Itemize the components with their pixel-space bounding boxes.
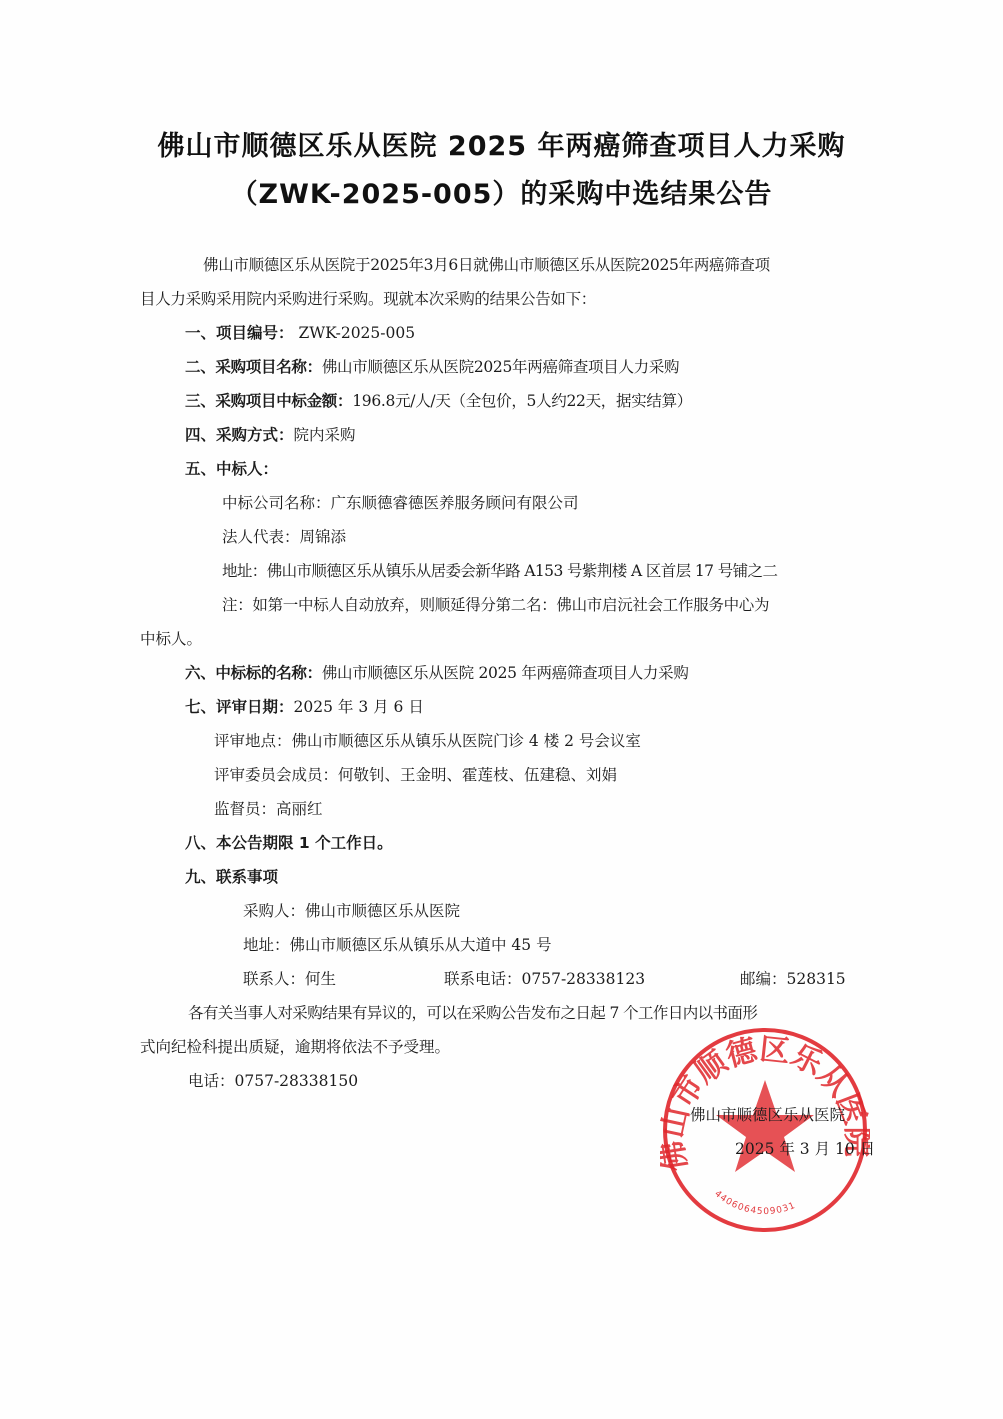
section-procurement-method: 四、采购方式：院内采购 xyxy=(185,425,356,445)
contact-address: 地址：佛山市顺德区乐从镇乐从大道中 45 号 xyxy=(243,935,552,955)
section-project-name: 二、采购项目名称：佛山市顺德区乐从医院2025年两癌筛查项目人力采购 xyxy=(185,357,679,377)
review-date-value: 2025 年 3 月 6 日 xyxy=(294,698,424,716)
subject-name-value: 佛山市顺德区乐从医院 2025 年两癌筛查项目人力采购 xyxy=(322,664,689,682)
document-title-line2: （ZWK-2025-005）的采购中选结果公告 xyxy=(0,172,1003,211)
section-head: 四、采购方式： xyxy=(185,426,294,444)
winner-note-line2: 中标人。 xyxy=(140,629,202,649)
objection-line2: 式向纪检科提出质疑，逾期将依法不予受理。 xyxy=(140,1037,450,1057)
intro-paragraph-line2: 目人力采购采用院内采购进行采购。现就本次采购的结果公告如下： xyxy=(140,289,596,309)
winner-company: 中标公司名称：广东顺德睿德医养服务顾问有限公司 xyxy=(222,493,579,513)
project-name-value: 佛山市顺德区乐从医院2025年两癌筛查项目人力采购 xyxy=(322,358,679,376)
contact-person: 联系人：何生 xyxy=(243,969,336,989)
document-page: 佛山市顺德区乐从医院 2025 年两癌筛查项目人力采购 （ZWK-2025-00… xyxy=(0,0,1003,1419)
seal-serial: 4406064509031 xyxy=(712,1189,797,1217)
section-head: 五、中标人： xyxy=(185,460,278,478)
section-subject-name: 六、中标标的名称：佛山市顺德区乐从医院 2025 年两癌筛查项目人力采购 xyxy=(185,663,689,683)
signature-date: 2025 年 3 月 10 日 xyxy=(735,1137,875,1159)
section-head: 七、评审日期： xyxy=(185,698,294,716)
section-project-number: 一、项目编号： ZWK-2025-005 xyxy=(185,323,415,343)
complaint-phone: 电话：0757-28338150 xyxy=(188,1071,358,1091)
review-committee: 评审委员会成员：何敬钊、王金明、霍莲枝、伍建稳、刘娟 xyxy=(214,765,617,785)
document-title-line1: 佛山市顺德区乐从医院 2025 年两癌筛查项目人力采购 xyxy=(0,124,1003,163)
section-head: 三、采购项目中标金额： xyxy=(185,392,352,410)
intro-paragraph-line1: 佛山市顺德区乐从医院于2025年3月6日就佛山市顺德区乐从医院2025年两癌筛查… xyxy=(203,255,770,275)
signature-org: 佛山市顺德区乐从医院 xyxy=(690,1103,845,1125)
section-contact: 九、联系事项 xyxy=(185,867,278,887)
section-notice-period: 八、本公告期限 1 个工作日。 xyxy=(185,833,393,853)
svg-text:4406064509031: 4406064509031 xyxy=(712,1189,797,1217)
review-location: 评审地点：佛山市顺德区乐从镇乐从医院门诊 4 楼 2 号会议室 xyxy=(214,731,641,751)
procurement-method-value: 院内采购 xyxy=(294,426,356,444)
section-winner: 五、中标人： xyxy=(185,459,278,479)
official-seal-icon: 佛山市顺德区乐从医院 4406064509031 xyxy=(660,1025,870,1235)
section-head: 六、中标标的名称： xyxy=(185,664,322,682)
project-number-value: ZWK-2025-005 xyxy=(294,324,416,342)
section-head: 二、采购项目名称： xyxy=(185,358,322,376)
section-review-date: 七、评审日期：2025 年 3 月 6 日 xyxy=(185,697,424,717)
contact-purchaser: 采购人：佛山市顺德区乐从医院 xyxy=(243,901,460,921)
review-supervisor: 监督员：高丽红 xyxy=(214,799,323,819)
contact-phone: 联系电话：0757-28338123 xyxy=(444,969,645,989)
winner-legal-rep: 法人代表：周锦添 xyxy=(222,527,346,547)
contact-postcode: 邮编：528315 xyxy=(740,969,846,989)
winner-note-line1: 注：如第一中标人自动放弃，则顺延得分第二名：佛山市启沅社会工作服务中心为 xyxy=(222,595,769,615)
section-head: 一、项目编号： xyxy=(185,324,294,342)
section-bid-amount: 三、采购项目中标金额：196.8元/人/天（全包价，5人约22天，据实结算） xyxy=(185,391,692,411)
objection-line1: 各有关当事人对采购结果有异议的，可以在采购公告发布之日起 7 个工作日内以书面形 xyxy=(188,1003,757,1023)
section-head: 八、本公告期限 1 个工作日。 xyxy=(185,834,393,852)
section-head: 九、联系事项 xyxy=(185,868,278,886)
bid-amount-value: 196.8元/人/天（全包价，5人约22天，据实结算） xyxy=(352,392,692,410)
winner-address: 地址：佛山市顺德区乐从镇乐从居委会新华路 A153 号紫荆楼 A 区首层 17 … xyxy=(222,561,777,581)
